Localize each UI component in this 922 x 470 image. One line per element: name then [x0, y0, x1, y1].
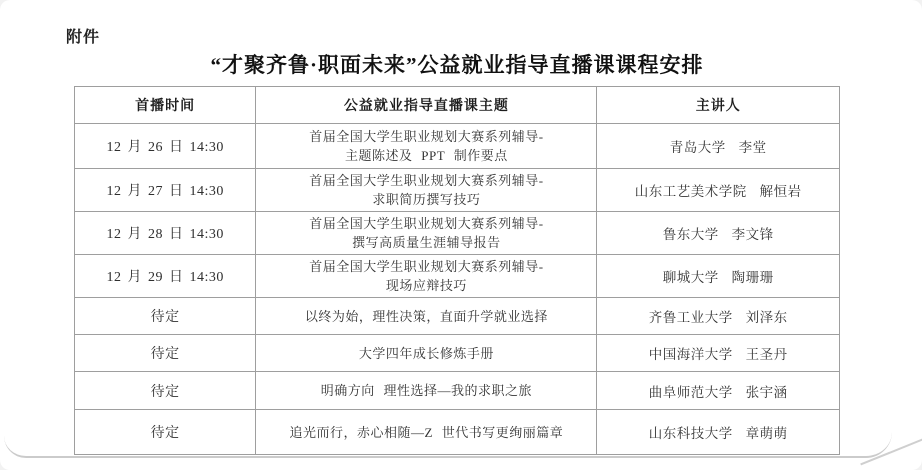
broadcast-time-cell: 待定: [75, 372, 256, 410]
table-row: 12 月 27 日 14:30首届全国大学生职业规划大赛系列辅导-求职简历撰写技…: [75, 169, 840, 212]
topic-cell: 明确方向 理性选择—我的求职之旅: [256, 372, 597, 410]
topic-cell: 追光而行，赤心相随—Z 世代书写更绚丽篇章: [256, 410, 597, 455]
topic-line: 首届全国大学生职业规划大赛系列辅导-: [260, 214, 592, 233]
topic-cell: 首届全国大学生职业规划大赛系列辅导-现场应辩技巧: [256, 255, 597, 298]
speaker-cell: 齐鲁工业大学 刘泽东: [597, 298, 840, 335]
topic-cell: 首届全国大学生职业规划大赛系列辅导-撰写高质量生涯辅导报告: [256, 212, 597, 255]
broadcast-time-cell: 待定: [75, 410, 256, 455]
broadcast-time-cell: 12 月 27 日 14:30: [75, 169, 256, 212]
topic-line: 撰写高质量生涯辅导报告: [260, 233, 592, 252]
table-row: 待定明确方向 理性选择—我的求职之旅曲阜师范大学 张宇涵: [75, 372, 840, 410]
attachment-label: 附件: [66, 24, 100, 47]
speaker-cell: 曲阜师范大学 张宇涵: [597, 372, 840, 410]
col-header-speaker: 主讲人: [597, 87, 840, 124]
page-title: “才聚齐鲁·职面未来”公益就业指导直播课课程安排: [74, 49, 840, 79]
topic-cell: 首届全国大学生职业规划大赛系列辅导-主题陈述及 PPT 制作要点: [256, 124, 597, 169]
topic-cell: 首届全国大学生职业规划大赛系列辅导-求职简历撰写技巧: [256, 169, 597, 212]
topic-line: 求职简历撰写技巧: [260, 190, 592, 209]
topic-line: 明确方向 理性选择—我的求职之旅: [260, 381, 592, 400]
table-row: 待定追光而行，赤心相随—Z 世代书写更绚丽篇章山东科技大学 章萌萌: [75, 410, 840, 455]
table-row: 12 月 29 日 14:30首届全国大学生职业规划大赛系列辅导-现场应辩技巧聊…: [75, 255, 840, 298]
topic-line: 首届全国大学生职业规划大赛系列辅导-: [260, 257, 592, 276]
table-header-row: 首播时间 公益就业指导直播课主题 主讲人: [75, 87, 840, 124]
broadcast-time-cell: 12 月 29 日 14:30: [75, 255, 256, 298]
table-row: 待定以终为始，理性决策，直面升学就业选择齐鲁工业大学 刘泽东: [75, 298, 840, 335]
broadcast-time-cell: 待定: [75, 335, 256, 372]
topic-cell: 大学四年成长修炼手册: [256, 335, 597, 372]
broadcast-time-cell: 12 月 26 日 14:30: [75, 124, 256, 169]
table-row: 12 月 26 日 14:30首届全国大学生职业规划大赛系列辅导-主题陈述及 P…: [75, 124, 840, 169]
broadcast-time-cell: 待定: [75, 298, 256, 335]
speaker-cell: 中国海洋大学 王圣丹: [597, 335, 840, 372]
col-header-topic: 公益就业指导直播课主题: [256, 87, 597, 124]
col-header-broadcast-time: 首播时间: [75, 87, 256, 124]
speaker-cell: 青岛大学 李堂: [597, 124, 840, 169]
table-row: 待定大学四年成长修炼手册中国海洋大学 王圣丹: [75, 335, 840, 372]
corner-fold-line: [860, 437, 922, 466]
topic-line: 大学四年成长修炼手册: [260, 344, 592, 363]
topic-cell: 以终为始，理性决策，直面升学就业选择: [256, 298, 597, 335]
table-row: 12 月 28 日 14:30首届全国大学生职业规划大赛系列辅导-撰写高质量生涯…: [75, 212, 840, 255]
broadcast-time-cell: 12 月 28 日 14:30: [75, 212, 256, 255]
speaker-cell: 山东工艺美术学院 解恒岩: [597, 169, 840, 212]
topic-line: 首届全国大学生职业规划大赛系列辅导-: [260, 127, 592, 146]
topic-line: 追光而行，赤心相随—Z 世代书写更绚丽篇章: [260, 423, 592, 442]
speaker-cell: 鲁东大学 李文锋: [597, 212, 840, 255]
schedule-table: 首播时间 公益就业指导直播课主题 主讲人 12 月 26 日 14:30首届全国…: [74, 86, 840, 455]
topic-line: 首届全国大学生职业规划大赛系列辅导-: [260, 171, 592, 190]
table-body: 12 月 26 日 14:30首届全国大学生职业规划大赛系列辅导-主题陈述及 P…: [75, 124, 840, 455]
document-page: 附件 “才聚齐鲁·职面未来”公益就业指导直播课课程安排 首播时间 公益就业指导直…: [0, 0, 922, 470]
speaker-cell: 山东科技大学 章萌萌: [597, 410, 840, 455]
topic-line: 主题陈述及 PPT 制作要点: [260, 146, 592, 165]
topic-line: 以终为始，理性决策，直面升学就业选择: [260, 307, 592, 326]
topic-line: 现场应辩技巧: [260, 276, 592, 295]
speaker-cell: 聊城大学 陶珊珊: [597, 255, 840, 298]
